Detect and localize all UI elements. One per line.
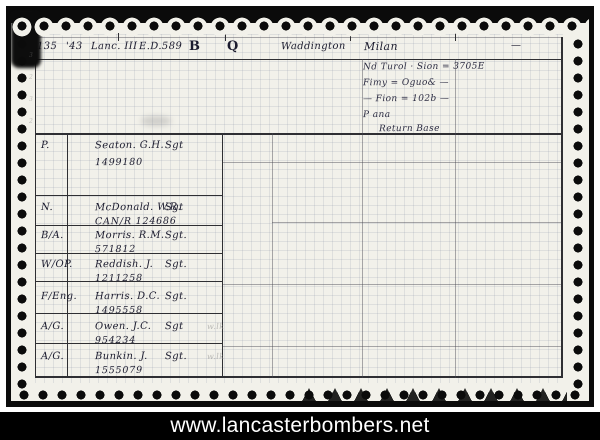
service-number: 954234 <box>95 335 136 346</box>
ops-record-card: 135 '43 Lanc. III E.D.589 B Q Waddington… <box>11 12 589 401</box>
station-name: Waddington <box>281 41 346 52</box>
code-letter-b: B <box>189 39 200 54</box>
crew-role: P. <box>41 140 50 151</box>
crew-role: A/G. <box>41 321 64 332</box>
service-number: 1499180 <box>95 157 143 168</box>
note-line: P ana <box>363 110 391 120</box>
crew-row-bomb-aimer: B/A. Morris. R.M. Sgt. 571812 <box>11 230 311 260</box>
crew-rank: Sgt. <box>165 291 187 302</box>
crew-row-wireless-op: W/OP. Reddish. J. Sgt. 1211258 <box>11 259 311 289</box>
crew-role: W/OP. <box>41 259 73 270</box>
service-number: CAN/R 124686 <box>95 216 177 228</box>
pencil-annotation: w.lk <box>207 322 225 331</box>
crew-rank: Sgt. <box>165 230 187 241</box>
website-url[interactable]: www.lancasterbombers.net <box>170 414 429 437</box>
punched-holes-right <box>567 32 589 389</box>
crew-role: F/Eng. <box>41 291 77 302</box>
record-card-photo: 135 '43 Lanc. III E.D.589 B Q Waddington… <box>6 6 594 407</box>
note-line: Nd Turol · Sion = 3705E <box>363 62 485 73</box>
torn-edge-bottom <box>296 388 567 401</box>
crew-role: N. <box>41 202 53 213</box>
service-number: 1495558 <box>95 305 143 316</box>
target-name: Milan <box>364 40 398 53</box>
crew-row-air-gunner: A/G. Owen. J.C. Sgt 954234 w.lk <box>11 321 311 351</box>
year: '43 <box>66 41 83 52</box>
watermark-bar: www.lancasterbombers.net <box>0 412 600 440</box>
crew-name: Seaton. G.H. <box>95 140 164 151</box>
service-number: 1555079 <box>95 365 143 376</box>
code-letter-q: Q <box>227 39 239 54</box>
paper-smudge <box>141 116 171 126</box>
aircraft-serial: E.D.589 <box>139 41 182 52</box>
service-number: 571812 <box>95 244 136 255</box>
crew-name: Owen. J.C. <box>95 321 151 332</box>
crew-rank: Sgt <box>165 321 184 332</box>
crew-rank: Sgt. <box>165 259 187 270</box>
crew-row-navigator: N. McDonald. W.R. Sgt CAN/R 124686 <box>11 202 311 232</box>
note-line: Fimy = Oguo& — <box>363 78 449 89</box>
crew-rank: Sgt <box>165 202 184 213</box>
crew-row-air-gunner: A/G. Bunkin. J. Sgt. 1555079 w.lk <box>11 351 311 381</box>
crew-rank: Sgt. <box>165 351 187 362</box>
ink-blot <box>11 12 41 68</box>
crew-name: Harris. D.C. <box>95 291 160 302</box>
pencil-annotation: w.lk <box>207 352 225 361</box>
service-number: 1211258 <box>95 273 143 284</box>
note-line: Return Base <box>379 124 440 134</box>
crew-name: Bunkin. J. <box>95 351 148 362</box>
crew-role: A/G. <box>41 351 64 362</box>
note-line: — Fion = 102b — <box>363 94 449 105</box>
crew-row-pilot: P. Seaton. G.H. Sgt 1499180 <box>11 140 311 170</box>
aircraft-type: Lanc. III <box>91 41 138 52</box>
crew-role: B/A. <box>41 230 64 241</box>
header-dash: — <box>511 40 521 51</box>
crew-rank: Sgt <box>165 140 184 151</box>
crew-row-flight-engineer: F/Eng. Harris. D.C. Sgt. 1495558 <box>11 291 311 321</box>
crew-name: Morris. R.M. <box>95 230 165 241</box>
crew-name: Reddish. J. <box>95 259 153 270</box>
